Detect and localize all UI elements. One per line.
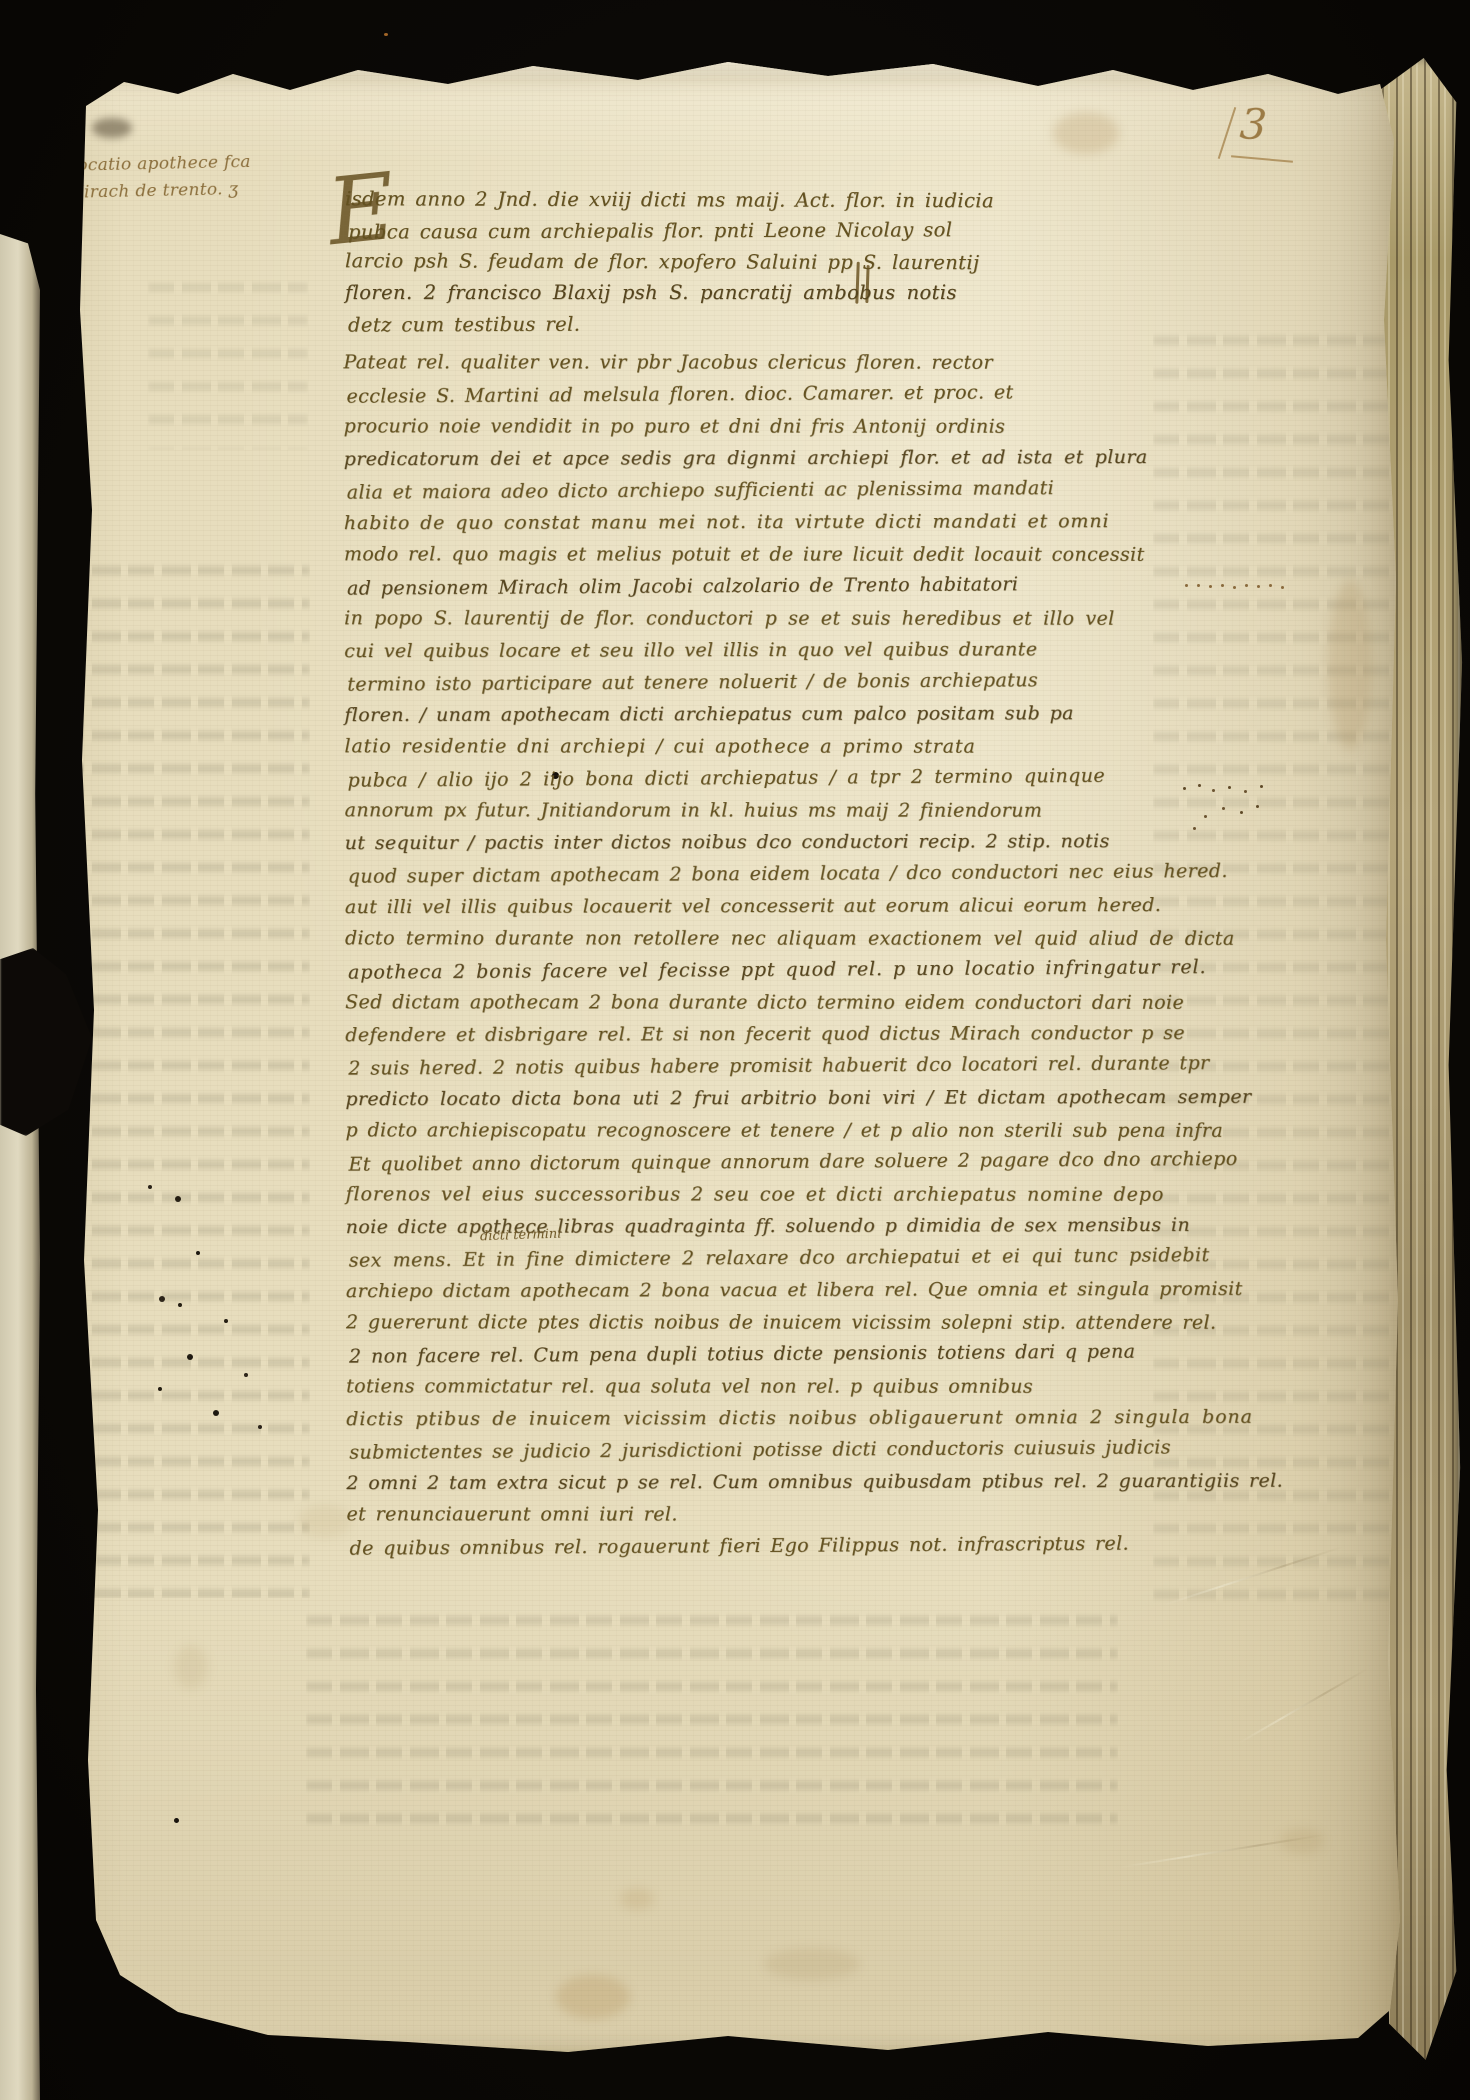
folio-corner-mark (1218, 107, 1237, 159)
dust-fleck (384, 33, 388, 36)
text-line: procurio noie vendidit in po puro et dni… (344, 410, 1160, 442)
text-line: predicatorum dei et apce sedis gra dignm… (344, 441, 1160, 475)
text-line: modo rel. quo magis et melius potuit et … (344, 538, 1160, 570)
text-line: cui vel quibus locare et seu illo vel il… (344, 633, 1160, 667)
text-line: dictis ptibus de inuicem vicissim dictis… (346, 1401, 1162, 1435)
text-line: archiepo dictam apothecam 2 bona vacua e… (346, 1273, 1162, 1307)
text-line: aut illi vel illis quibus locauerit vel … (345, 889, 1161, 923)
text-line: latio residentie dni archiepi / cui apot… (344, 730, 1160, 762)
text-line: isdem anno 2 Jnd. die xviij dicti ms mai… (345, 183, 1161, 217)
photograph-backdrop: 3 Locatio apothece fca Mirach de trento.… (0, 0, 1470, 2100)
text-line: detz cum testibus rel. (348, 306, 1164, 340)
stain (1053, 112, 1119, 154)
text-line: dicto termino durante non retollere nec … (345, 922, 1161, 954)
text-line: floren. / unam apothecam dicti archiepat… (344, 697, 1160, 731)
text-line: predicto locato dicta bona uti 2 frui ar… (345, 1081, 1161, 1115)
text-line: habito de quo constat manu mei not. ita … (344, 505, 1160, 539)
stain (174, 1645, 208, 1689)
ink-blot (174, 1818, 179, 1823)
show-through-text-top-left (148, 275, 308, 450)
text-line: sex mens. Et in fine dimictere 2 relaxar… (349, 1239, 1165, 1276)
text-line: p dicto archiepiscopatu recognoscere et … (345, 1114, 1161, 1146)
text-line: Pateat rel. qualiter ven. vir pbr Jacobu… (343, 346, 1159, 378)
stain (298, 1505, 352, 1537)
stain (556, 1975, 630, 2019)
text-line: alia et maiora adeo dicto archiepo suffi… (347, 471, 1163, 508)
text-line: pubca / alio ijo 2 iijo bona dicti archi… (347, 759, 1163, 796)
stain (764, 1948, 860, 1980)
text-line: 2 suis hered. 2 notis quibus habere prom… (348, 1047, 1164, 1084)
paper-crease (1238, 1668, 1369, 1745)
text-line: termino isto participare aut tenere nolu… (347, 663, 1163, 700)
ink-dotted-row (1185, 584, 1188, 587)
interlinear-insertion: dicti termini (480, 1227, 562, 1245)
show-through-text-below-block (306, 1608, 1118, 1830)
show-through-text-left-margin (58, 558, 310, 1598)
ink-specks-right-margin (1183, 787, 1186, 790)
text-line: florenos vel eius successoribus 2 seu co… (346, 1178, 1162, 1210)
manuscript-page: 3 Locatio apothece fca Mirach de trento.… (28, 60, 1406, 2060)
opening-paragraph: isdem anno 2 Jnd. die xviij dicti ms mai… (345, 184, 1161, 339)
gutter-previous-leaf (0, 234, 40, 2100)
text-line: 2 omni 2 tam extra sicut p se rel. Cum o… (346, 1465, 1162, 1499)
text-line: noie dicte apothece libras quadraginta f… (346, 1209, 1162, 1243)
folio-number: 3 (1238, 99, 1268, 150)
text-line: ecclesie S. Martini ad melsula floren. d… (346, 375, 1162, 412)
text-line: in popo S. laurentij de flor. conductori… (344, 602, 1160, 634)
margin-note-line: Mirach de trento. ʒ (66, 174, 337, 207)
stain (1328, 580, 1372, 750)
text-line: 2 guererunt dicte ptes dictis noibus de … (346, 1306, 1162, 1338)
text-line: defendere et disbrigare rel. Et si non f… (345, 1017, 1161, 1051)
text-line: quod super dictam apothecam 2 bona eidem… (348, 855, 1164, 892)
folio-corner-mark (1231, 155, 1293, 162)
text-line: Sed dictam apothecam 2 bona durante dict… (345, 986, 1161, 1018)
ink-specks-left-margin (148, 1185, 152, 1189)
stain (620, 1888, 654, 1910)
text-line: totiens commictatur rel. qua soluta vel … (346, 1370, 1162, 1402)
text-line: annorum px futur. Jnitiandorum in kl. hu… (345, 794, 1161, 826)
text-line: ad pensionem Mirach olim Jacobi calzolar… (347, 567, 1163, 604)
text-line: apotheca 2 bonis facere vel fecisse ppt … (348, 951, 1164, 988)
text-line: 2 non facere rel. Cum pena dupli totius … (349, 1335, 1165, 1372)
ink-smudge (92, 118, 132, 138)
text-line: submictentes se judicio 2 jurisdictioni … (349, 1431, 1165, 1468)
margin-note: Locatio apothece fca Mirach de trento. ʒ (65, 147, 336, 207)
body-paragraph: Pateat rel. qualiter ven. vir pbr Jacobu… (343, 345, 1162, 1563)
text-line: et renunciauerunt omni iuri rel. (346, 1498, 1162, 1530)
text-line: larcio psh S. feudam de flor. xpofero Sa… (345, 245, 1161, 279)
text-line: pubca causa cum archiepalis flor. pnti L… (348, 213, 1164, 247)
text-line: ut sequitur / pactis inter dictos noibus… (345, 825, 1161, 859)
text-line: de quibus omnibus rel. rogauerunt fieri … (349, 1527, 1165, 1564)
text-line: floren. 2 francisco Blaxij psh S. pancra… (345, 277, 1161, 308)
text-line: Et quolibet anno dictorum quinque annoru… (348, 1143, 1164, 1180)
